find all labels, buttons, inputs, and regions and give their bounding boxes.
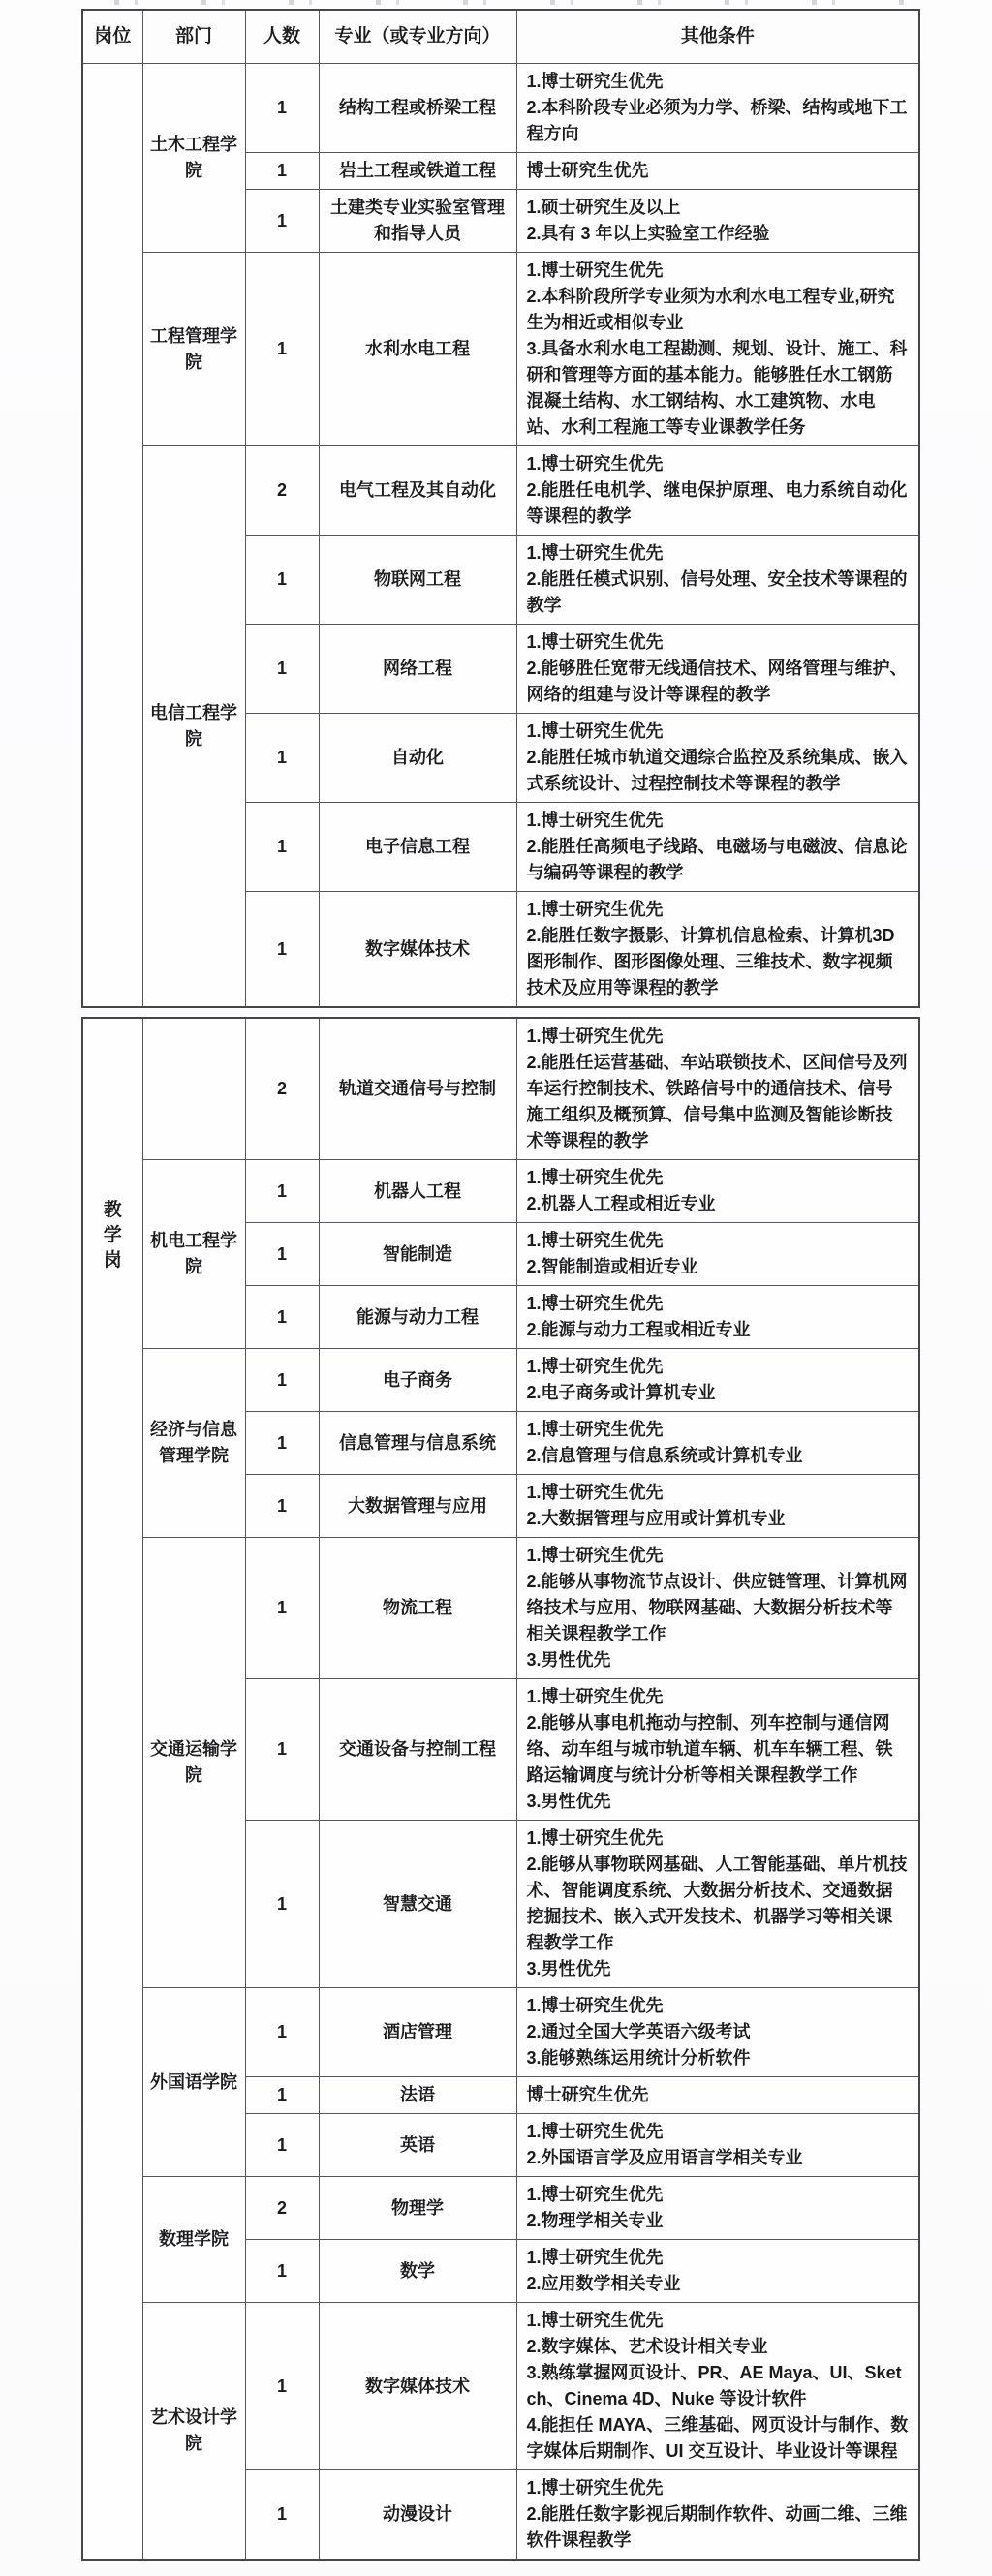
condition-item: 2.外国语言学及应用语言学相关专业 [527,2145,910,2171]
column-header: 岗位 [82,10,142,64]
condition-item: 2.能胜任城市轨道交通综合监控及系统集成、嵌入式系统设计、过程控制技术等课程的教… [527,745,910,797]
condition-item: 3.男性优先 [527,1647,910,1673]
condition-item: 1.博士研究生优先 [527,1024,910,1050]
count-cell: 1 [245,190,319,253]
major-cell: 物流工程 [319,1538,516,1679]
table-row: 艺术设计学院1数字媒体技术1.博士研究生优先2.数字媒体、艺术设计相关专业3.熟… [82,2303,919,2470]
condition-item: 1.博士研究生优先 [527,540,910,567]
count-cell: 2 [245,2177,319,2240]
table-row: 工程管理学院1水利水电工程1.博士研究生优先2.本科阶段所学专业须为水利水电工程… [82,253,919,446]
condition-item: 1.博士研究生优先 [527,808,910,834]
condition-item: 1.博士研究生优先 [527,1417,910,1443]
major-cell: 数字媒体技术 [319,2303,516,2470]
table-row: 外国语学院1酒店管理1.博士研究生优先2.通过全国大学英语六级考试3.能够熟练运… [82,1988,919,2077]
column-header: 专业（或专业方向） [319,10,516,64]
column-header: 人数 [245,10,319,64]
table-row: 经济与信息管理学院1电子商务1.博士研究生优先2.电子商务或计算机专业 [82,1349,919,1412]
condition-item: 2.大数据管理与应用或计算机专业 [527,1506,910,1532]
count-cell: 1 [245,1538,319,1679]
condition-item: 1.博士研究生优先 [527,719,910,745]
conditions-cell: 1.博士研究生优先2.能胜任高频电子线路、电磁场与电磁波、信息论与编码等课程的教… [516,803,919,892]
count-cell: 1 [245,1223,319,1286]
condition-item: 1.博士研究生优先 [527,2475,910,2501]
count-cell: 1 [245,714,319,803]
conditions-cell: 博士研究生优先 [516,153,919,190]
conditions-cell: 1.博士研究生优先2.能胜任电机学、继电保护原理、电力系统自动化等课程的教学 [516,446,919,536]
conditions-cell: 1.博士研究生优先2.智能制造或相近专业 [516,1223,919,1286]
major-cell: 电气工程及其自动化 [319,446,516,536]
count-cell: 1 [245,2303,319,2470]
condition-item: 1.博士研究生优先 [527,1165,910,1191]
table-row: 交通运输学院1物流工程1.博士研究生优先2.能够从事物流节点设计、供应链管理、计… [82,1538,919,1679]
condition-item: 2.应用数学相关专业 [527,2271,910,2297]
major-cell: 法语 [319,2077,516,2114]
major-cell: 英语 [319,2114,516,2177]
department-cell: 交通运输学院 [142,1538,245,1988]
post-cell [82,64,142,1008]
condition-item: 2.信息管理与信息系统或计算机专业 [527,1443,910,1469]
conditions-cell: 1.博士研究生优先2.能够从事物流节点设计、供应链管理、计算机网络技术与应用、物… [516,1538,919,1679]
table-row: 土木工程学院1结构工程或桥梁工程1.博士研究生优先2.本科阶段专业必须为力学、桥… [82,64,919,153]
condition-item: 1.博士研究生优先 [527,1993,910,2019]
column-header: 其他条件 [516,10,919,64]
conditions-cell: 1.博士研究生优先2.能胜任城市轨道交通综合监控及系统集成、嵌入式系统设计、过程… [516,714,919,803]
count-cell: 1 [245,253,319,446]
recruitment-table: 岗位部门人数专业（或专业方向）其他条件土木工程学院1结构工程或桥梁工程1.博士研… [0,9,992,2561]
major-cell: 能源与动力工程 [319,1286,516,1349]
major-cell: 数学 [319,2240,516,2303]
conditions-cell: 1.博士研究生优先2.机器人工程或相近专业 [516,1160,919,1223]
conditions-cell: 1.博士研究生优先2.能胜任模式识别、信号处理、安全技术等课程的教学 [516,536,919,625]
condition-item: 2.能够从事物流节点设计、供应链管理、计算机网络技术与应用、物联网基础、大数据分… [527,1569,910,1647]
major-cell: 土建类专业实验室管理和指导人员 [319,190,516,253]
condition-item: 2.能胜任数字摄影、计算机信息检索、计算机3D 图形制作、图形图像处理、三维技术… [527,923,910,1001]
condition-item: 3.能够熟练运用统计分析软件 [527,2045,910,2071]
conditions-cell: 1.博士研究生优先2.数字媒体、艺术设计相关专业3.熟练掌握网页设计、PR、AE… [516,2303,919,2470]
major-cell: 结构工程或桥梁工程 [319,64,516,153]
condition-item: 3.熟练掌握网页设计、PR、AE Maya、UI、Sketch、Cinema 4… [527,2360,910,2412]
recruitment-table-section-2: 教学岗2轨道交通信号与控制1.博士研究生优先2.能胜任运营基础、车站联锁技术、区… [81,1017,920,2561]
conditions-cell: 1.博士研究生优先2.能源与动力工程或相近专业 [516,1286,919,1349]
department-cell: 工程管理学院 [142,253,245,446]
conditions-cell: 1.博士研究生优先2.电子商务或计算机专业 [516,1349,919,1412]
conditions-cell: 博士研究生优先 [516,2077,919,2114]
cut-off-text-remnant [81,0,918,5]
condition-item: 2.能胜任电机学、继电保护原理、电力系统自动化等课程的教学 [527,477,910,530]
major-cell: 数字媒体技术 [319,892,516,1008]
condition-item: 2.能够胜任宽带无线通信技术、网络管理与维护、网络的组建与设计等课程的教学 [527,656,910,708]
table-row: 机电工程学院1机器人工程1.博士研究生优先2.机器人工程或相近专业 [82,1160,919,1223]
condition-item: 3.男性优先 [527,1789,910,1815]
post-cell: 教学岗 [82,1018,142,2560]
conditions-cell: 1.博士研究生优先2.能胜任运营基础、车站联锁技术、区间信号及列车运行控制技术、… [516,1018,919,1160]
condition-item: 1.博士研究生优先 [527,1825,910,1852]
conditions-cell: 1.博士研究生优先2.能够胜任宽带无线通信技术、网络管理与维护、网络的组建与设计… [516,625,919,714]
condition-item: 1.博士研究生优先 [527,1684,910,1710]
condition-item: 1.博士研究生优先 [527,897,910,923]
condition-item: 1.博士研究生优先 [527,1228,910,1254]
condition-item: 2.能胜任数字影视后期制作软件、动画二维、三维软件课程教学 [527,2501,910,2554]
condition-item: 1.博士研究生优先 [527,451,910,477]
department-cell: 经济与信息管理学院 [142,1349,245,1538]
condition-item: 2.本科阶段所学专业须为水利水电工程专业,研究生为相近或相似专业 [527,284,910,336]
major-cell: 电子商务 [319,1349,516,1412]
conditions-cell: 1.博士研究生优先2.物理学相关专业 [516,2177,919,2240]
condition-item: 2.能胜任运营基础、车站联锁技术、区间信号及列车运行控制技术、铁路信号中的通信技… [527,1050,910,1154]
condition-item: 博士研究生优先 [527,2082,910,2108]
count-cell: 1 [245,2114,319,2177]
conditions-cell: 1.硕士研究生及以上2.具有 3 年以上实验室工作经验 [516,190,919,253]
condition-item: 2.能够从事电机拖动与控制、列车控制与通信网络、动车组与城市轨道车辆、机车车辆工… [527,1710,910,1789]
count-cell: 1 [245,64,319,153]
major-cell: 酒店管理 [319,1988,516,2077]
conditions-cell: 1.博士研究生优先2.大数据管理与应用或计算机专业 [516,1475,919,1538]
post-label: 教学岗 [103,1198,123,1273]
major-cell: 自动化 [319,714,516,803]
condition-item: 1.博士研究生优先 [527,1480,910,1506]
major-cell: 物联网工程 [319,536,516,625]
major-cell: 物理学 [319,2177,516,2240]
count-cell: 1 [245,1286,319,1349]
condition-item: 1.博士研究生优先 [527,258,910,284]
major-cell: 信息管理与信息系统 [319,1412,516,1475]
count-cell: 1 [245,1160,319,1223]
condition-item: 2.能胜任高频电子线路、电磁场与电磁波、信息论与编码等课程的教学 [527,834,910,886]
count-cell: 1 [245,625,319,714]
major-cell: 轨道交通信号与控制 [319,1018,516,1160]
header-row: 岗位部门人数专业（或专业方向）其他条件 [82,10,919,64]
conditions-cell: 1.博士研究生优先2.能胜任数字摄影、计算机信息检索、计算机3D 图形制作、图形… [516,892,919,1008]
condition-item: 2.能够从事物联网基础、人工智能基础、单片机技术、智能调度系统、大数据分析技术、… [527,1852,910,1956]
conditions-cell: 1.博士研究生优先2.外国语言学及应用语言学相关专业 [516,2114,919,2177]
major-cell: 智慧交通 [319,1821,516,1988]
condition-item: 2.具有 3 年以上实验室工作经验 [527,221,910,247]
count-cell: 1 [245,2077,319,2114]
department-cell: 电信工程学院 [142,446,245,1008]
department-cell: 机电工程学院 [142,1160,245,1349]
department-cell [142,1018,245,1160]
count-cell: 1 [245,1679,319,1821]
condition-item: 2.电子商务或计算机专业 [527,1380,910,1406]
count-cell: 1 [245,803,319,892]
count-cell: 1 [245,1412,319,1475]
condition-item: 2.能源与动力工程或相近专业 [527,1317,910,1343]
count-cell: 1 [245,1349,319,1412]
condition-item: 1.博士研究生优先 [527,1543,910,1569]
condition-item: 3.男性优先 [527,1956,910,1982]
major-cell: 智能制造 [319,1223,516,1286]
department-cell: 数理学院 [142,2177,245,2303]
major-cell: 动漫设计 [319,2470,516,2561]
condition-item: 2.智能制造或相近专业 [527,1254,910,1280]
condition-item: 博士研究生优先 [527,158,910,184]
count-cell: 1 [245,1821,319,1988]
condition-item: 3.具备水利水电工程勘测、规划、设计、施工、科研和管理等方面的基本能力。能够胜任… [527,336,910,441]
count-cell: 2 [245,446,319,536]
count-cell: 1 [245,1988,319,2077]
count-cell: 1 [245,536,319,625]
page: 岗位部门人数专业（或专业方向）其他条件土木工程学院1结构工程或桥梁工程1.博士研… [0,0,992,2576]
table-row: 教学岗2轨道交通信号与控制1.博士研究生优先2.能胜任运营基础、车站联锁技术、区… [82,1018,919,1160]
condition-item: 1.博士研究生优先 [527,69,910,95]
count-cell: 1 [245,2470,319,2561]
table-row: 电信工程学院2电气工程及其自动化1.博士研究生优先2.能胜任电机学、继电保护原理… [82,446,919,536]
condition-item: 2.本科阶段专业必须为力学、桥梁、结构或地下工程方向 [527,95,910,147]
condition-item: 2.机器人工程或相近专业 [527,1191,910,1217]
conditions-cell: 1.博士研究生优先2.通过全国大学英语六级考试3.能够熟练运用统计分析软件 [516,1988,919,2077]
conditions-cell: 1.博士研究生优先2.应用数学相关专业 [516,2240,919,2303]
major-cell: 水利水电工程 [319,253,516,446]
major-cell: 大数据管理与应用 [319,1475,516,1538]
count-cell: 2 [245,1018,319,1160]
column-header: 部门 [142,10,245,64]
count-cell: 1 [245,1475,319,1538]
table-row: 数理学院2物理学1.博士研究生优先2.物理学相关专业 [82,2177,919,2240]
conditions-cell: 1.博士研究生优先2.信息管理与信息系统或计算机专业 [516,1412,919,1475]
condition-item: 2.物理学相关专业 [527,2208,910,2234]
condition-item: 2.能胜任模式识别、信号处理、安全技术等课程的教学 [527,567,910,619]
condition-item: 1.博士研究生优先 [527,2182,910,2208]
major-cell: 网络工程 [319,625,516,714]
condition-item: 4.能担任 MAYA、三维基础、网页设计与制作、数字媒体后期制作、UI 交互设计… [527,2412,910,2465]
count-cell: 1 [245,2240,319,2303]
department-cell: 艺术设计学院 [142,2303,245,2561]
department-cell: 土木工程学院 [142,64,245,253]
condition-item: 1.博士研究生优先 [527,2119,910,2145]
conditions-cell: 1.博士研究生优先2.本科阶段专业必须为力学、桥梁、结构或地下工程方向 [516,64,919,153]
count-cell: 1 [245,892,319,1008]
condition-item: 1.硕士研究生及以上 [527,195,910,221]
condition-item: 1.博士研究生优先 [527,1354,910,1380]
condition-item: 1.博士研究生优先 [527,2245,910,2271]
count-cell: 1 [245,153,319,190]
conditions-cell: 1.博士研究生优先2.能胜任数字影视后期制作软件、动画二维、三维软件课程教学 [516,2470,919,2561]
major-cell: 交通设备与控制工程 [319,1679,516,1821]
condition-item: 2.数字媒体、艺术设计相关专业 [527,2334,910,2360]
recruitment-table-section-1: 岗位部门人数专业（或专业方向）其他条件土木工程学院1结构工程或桥梁工程1.博士研… [81,9,920,1008]
conditions-cell: 1.博士研究生优先2.能够从事电机拖动与控制、列车控制与通信网络、动车组与城市轨… [516,1679,919,1821]
condition-item: 1.博士研究生优先 [527,2308,910,2334]
major-cell: 岩土工程或铁道工程 [319,153,516,190]
condition-item: 1.博士研究生优先 [527,1291,910,1317]
major-cell: 机器人工程 [319,1160,516,1223]
condition-item: 2.通过全国大学英语六级考试 [527,2019,910,2045]
conditions-cell: 1.博士研究生优先2.本科阶段所学专业须为水利水电工程专业,研究生为相近或相似专… [516,253,919,446]
conditions-cell: 1.博士研究生优先2.能够从事物联网基础、人工智能基础、单片机技术、智能调度系统… [516,1821,919,1988]
major-cell: 电子信息工程 [319,803,516,892]
condition-item: 1.博士研究生优先 [527,629,910,656]
department-cell: 外国语学院 [142,1988,245,2177]
